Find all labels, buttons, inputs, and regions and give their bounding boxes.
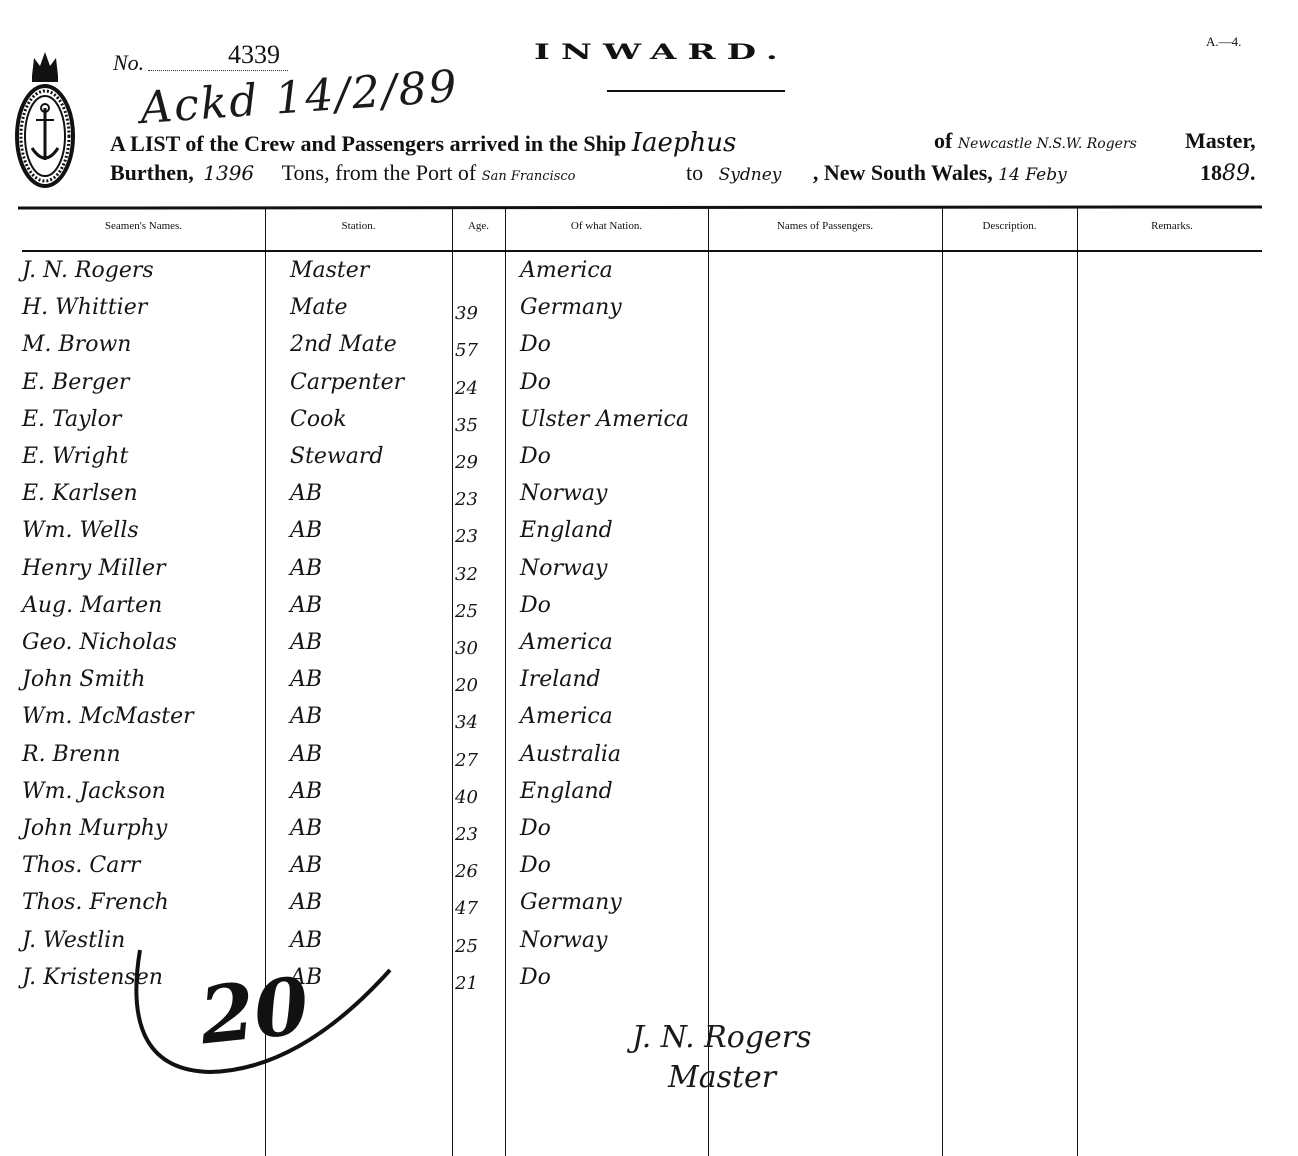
crew-age: 32 bbox=[455, 564, 478, 585]
crew-name: R. Brenn bbox=[22, 742, 121, 767]
master-signature: J. N. Rogers bbox=[632, 1020, 812, 1055]
crew-nation: Ireland bbox=[520, 667, 601, 692]
crew-name: Thos. French bbox=[22, 890, 169, 915]
table-row: J. N. RogersMasterAmerica bbox=[0, 258, 1298, 294]
master-label: Master, bbox=[1185, 128, 1256, 154]
header-line-2: Burthen, 1396 Tons, from the Port of San… bbox=[110, 160, 576, 186]
nsw-label: , New South Wales, bbox=[813, 160, 993, 185]
table-row: E. BergerCarpenter24Do bbox=[0, 370, 1298, 406]
crew-nation: Do bbox=[520, 593, 551, 618]
crew-station: AB bbox=[290, 816, 322, 841]
crew-name: Thos. Carr bbox=[22, 853, 140, 878]
table-row: M. Brown2nd Mate57Do bbox=[0, 332, 1298, 368]
header-line-2-right: to Sydney , New South Wales, 14 Feby bbox=[686, 160, 1067, 186]
crew-name: M. Brown bbox=[22, 332, 131, 357]
crew-station: AB bbox=[290, 704, 322, 729]
crew-station: Master bbox=[290, 258, 369, 283]
crew-name: Geo. Nicholas bbox=[22, 630, 177, 655]
crew-age: 25 bbox=[455, 936, 478, 957]
crew-nation: Norway bbox=[520, 928, 607, 953]
list-intro-text: A LIST of the Crew and Passengers arrive… bbox=[110, 131, 626, 156]
header-line-1-right: of Newcastle N.S.W. Rogers bbox=[934, 128, 1137, 154]
crew-age: 34 bbox=[455, 712, 478, 733]
year-prefix: 18 bbox=[1200, 160, 1222, 185]
crew-station: AB bbox=[290, 630, 322, 655]
crew-name: Aug. Marten bbox=[22, 593, 162, 618]
crew-age: 23 bbox=[455, 824, 478, 845]
crew-age: 40 bbox=[455, 787, 478, 808]
arrival-date: 14 Feby bbox=[998, 165, 1066, 185]
crew-age: 26 bbox=[455, 861, 478, 882]
crew-nation: America bbox=[520, 258, 613, 283]
crew-station: Steward bbox=[290, 444, 383, 469]
table-row: Thos. FrenchAB47Germany bbox=[0, 890, 1298, 926]
column-header-age: Age. bbox=[452, 220, 505, 232]
crew-age: 29 bbox=[455, 452, 478, 473]
year-suffix: 89 bbox=[1222, 161, 1250, 186]
crew-nation: England bbox=[520, 779, 613, 804]
year: 1889. bbox=[1200, 160, 1256, 186]
crew-station: Carpenter bbox=[290, 370, 404, 395]
table-row: Thos. CarrAB26Do bbox=[0, 853, 1298, 889]
table-row: H. WhittierMate39Germany bbox=[0, 295, 1298, 331]
crew-name: H. Whittier bbox=[22, 295, 147, 320]
crew-station: AB bbox=[290, 779, 322, 804]
crew-station: AB bbox=[290, 593, 322, 618]
crew-age: 21 bbox=[455, 973, 478, 994]
crew-nation: Norway bbox=[520, 481, 607, 506]
table-row: Geo. NicholasAB30America bbox=[0, 630, 1298, 666]
crew-nation: Norway bbox=[520, 556, 607, 581]
crew-age: 35 bbox=[455, 415, 478, 436]
crew-nation: Germany bbox=[520, 295, 622, 320]
table-row: E. TaylorCook35Ulster America bbox=[0, 407, 1298, 443]
crew-nation: England bbox=[520, 518, 613, 543]
crew-age: 30 bbox=[455, 638, 478, 659]
crew-name: Henry Miller bbox=[22, 556, 165, 581]
table-top-rule bbox=[18, 205, 1262, 209]
title-underline bbox=[607, 90, 785, 92]
master-signature-title: Master bbox=[668, 1060, 776, 1095]
crew-name: John Smith bbox=[22, 667, 145, 692]
crew-nation: America bbox=[520, 630, 613, 655]
crew-name: E. Taylor bbox=[22, 407, 121, 432]
marine-board-crest-icon bbox=[14, 48, 76, 188]
form-number-dotted-line bbox=[148, 70, 288, 71]
handwritten-annotation: Ackd 14/2/89 bbox=[139, 61, 461, 134]
year-period: . bbox=[1250, 160, 1256, 185]
column-header-station: Station. bbox=[265, 220, 452, 232]
crew-tally: 20 bbox=[196, 961, 313, 1063]
form-number: 4339 bbox=[228, 40, 280, 70]
to-port: Sydney bbox=[719, 165, 782, 185]
crew-age: 20 bbox=[455, 675, 478, 696]
crew-name: E. Karlsen bbox=[22, 481, 138, 506]
crew-age: 25 bbox=[455, 601, 478, 622]
table-row: John MurphyAB23Do bbox=[0, 816, 1298, 852]
burthen-value: 1396 bbox=[203, 161, 254, 185]
crew-nation: Germany bbox=[520, 890, 622, 915]
crew-name: Wm. McMaster bbox=[22, 704, 194, 729]
table-row: Aug. MartenAB25Do bbox=[0, 593, 1298, 629]
crew-nation: Do bbox=[520, 816, 551, 841]
column-header-seamens-names: Seamen's Names. bbox=[22, 220, 265, 232]
column-header-description: Description. bbox=[942, 220, 1077, 232]
crew-age: 57 bbox=[455, 340, 478, 361]
column-header-nation: Of what Nation. bbox=[505, 220, 708, 232]
form-number-label: No. bbox=[113, 50, 144, 76]
crew-station: AB bbox=[290, 556, 322, 581]
form-code: A.—4. bbox=[1206, 34, 1241, 50]
tons-from-label: Tons, from the Port of bbox=[282, 160, 477, 185]
crew-name: Wm. Jackson bbox=[22, 779, 166, 804]
crew-station: Mate bbox=[290, 295, 348, 320]
table-row: Henry MillerAB32Norway bbox=[0, 556, 1298, 592]
table-row: Wm. McMasterAB34America bbox=[0, 704, 1298, 740]
from-port: San Francisco bbox=[482, 169, 576, 184]
home-port-master: Newcastle N.S.W. Rogers bbox=[958, 136, 1137, 152]
of-label: of bbox=[934, 128, 952, 153]
crew-age: 27 bbox=[455, 750, 478, 771]
crew-age: 23 bbox=[455, 526, 478, 547]
ship-name: Iaephus bbox=[632, 128, 737, 158]
crew-nation: Do bbox=[520, 370, 551, 395]
crew-nation: Do bbox=[520, 853, 551, 878]
crew-name: E. Wright bbox=[22, 444, 128, 469]
crew-name: J. N. Rogers bbox=[22, 258, 154, 283]
table-row: John SmithAB20Ireland bbox=[0, 667, 1298, 703]
crew-name: E. Berger bbox=[22, 370, 129, 395]
crew-station: AB bbox=[290, 742, 322, 767]
crew-age: 23 bbox=[455, 489, 478, 510]
crew-age: 39 bbox=[455, 303, 478, 324]
crew-name: Wm. Wells bbox=[22, 518, 139, 543]
crew-name: John Murphy bbox=[22, 816, 167, 841]
table-row: E. WrightSteward29Do bbox=[0, 444, 1298, 480]
crew-station: AB bbox=[290, 853, 322, 878]
table-row: Wm. WellsAB23England bbox=[0, 518, 1298, 554]
crew-nation: America bbox=[520, 704, 613, 729]
crew-nation: Do bbox=[520, 965, 551, 990]
crew-station: AB bbox=[290, 481, 322, 506]
table-row: Wm. JacksonAB40England bbox=[0, 779, 1298, 815]
crew-station: AB bbox=[290, 518, 322, 543]
crew-age: 47 bbox=[455, 898, 478, 919]
table-header-rule bbox=[22, 250, 1262, 252]
document-title: INWARD. bbox=[534, 40, 789, 65]
table-row: R. BrennAB27Australia bbox=[0, 742, 1298, 778]
crew-nation: Do bbox=[520, 444, 551, 469]
crew-station: 2nd Mate bbox=[290, 332, 397, 357]
crew-nation: Ulster America bbox=[520, 407, 689, 432]
burthen-label: Burthen, bbox=[110, 160, 194, 185]
header-line-1: A LIST of the Crew and Passengers arrive… bbox=[110, 128, 736, 158]
crew-nation: Do bbox=[520, 332, 551, 357]
column-header-passenger-names: Names of Passengers. bbox=[708, 220, 942, 232]
table-row: E. KarlsenAB23Norway bbox=[0, 481, 1298, 517]
crew-station: AB bbox=[290, 890, 322, 915]
to-label: to bbox=[686, 160, 703, 185]
column-header-remarks: Remarks. bbox=[1077, 220, 1267, 232]
crew-age: 24 bbox=[455, 378, 478, 399]
crew-station: Cook bbox=[290, 407, 347, 432]
crew-station: AB bbox=[290, 667, 322, 692]
crew-nation: Australia bbox=[520, 742, 621, 767]
crew-name: J. Westlin bbox=[22, 928, 125, 953]
